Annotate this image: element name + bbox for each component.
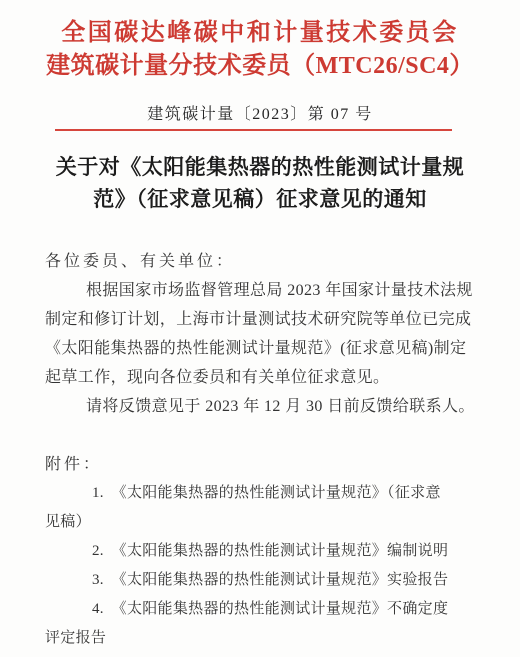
- letterhead-divider-rule: [55, 129, 452, 131]
- letterhead-org-line2: 建筑碳计量分技术委员（MTC26/SC4）: [0, 50, 520, 83]
- attachment-item-4-line2: 评定报告: [45, 624, 455, 653]
- salutation: 各位委员、有关单位：: [45, 247, 455, 276]
- letterhead: 全国碳达峰碳中和计量技术委员会 建筑碳计量分技术委员（MTC26/SC4）: [0, 17, 520, 83]
- attachment-item-1-line1: 1. 《太阳能集热器的热性能测试计量规范》（征求意: [45, 479, 455, 508]
- paragraph2: 请将反馈意见于 2023 年 12 月 30 日前反馈给联系人。: [45, 392, 455, 421]
- attachment-item-4-line1: 4. 《太阳能集热器的热性能测试计量规范》不确定度: [45, 595, 455, 624]
- paragraph1-line3: 《太阳能集热器的热性能测试计量规范》(征求意见稿)制定: [45, 334, 455, 363]
- attachment-item-3: 3. 《太阳能集热器的热性能测试计量规范》实验报告: [45, 566, 455, 595]
- letterhead-org-line1: 全国碳达峰碳中和计量技术委员会: [0, 17, 520, 50]
- paragraph1-line4: 起草工作，现向各位委员和有关单位征求意见。: [45, 363, 455, 392]
- document-number: 建筑碳计量〔2023〕第 07 号: [0, 101, 520, 124]
- notice-body: 各位委员、有关单位： 根据国家市场监督管理总局 2023 年国家计量技术法规 制…: [45, 247, 455, 653]
- spacer-line: [45, 421, 455, 450]
- paragraph1-line1: 根据国家市场监督管理总局 2023 年国家计量技术法规: [45, 276, 455, 305]
- attachment-item-1-line2: 见稿）: [45, 508, 455, 537]
- notice-title-line2: 范》（征求意见稿）征求意见的通知: [0, 183, 520, 215]
- notice-title: 关于对《太阳能集热器的热性能测试计量规 范》（征求意见稿）征求意见的通知: [0, 151, 520, 215]
- attachment-item-2: 2. 《太阳能集热器的热性能测试计量规范》编制说明: [45, 537, 455, 566]
- document-page: 全国碳达峰碳中和计量技术委员会 建筑碳计量分技术委员（MTC26/SC4） 建筑…: [0, 0, 520, 657]
- attachments-label: 附件：: [45, 450, 455, 479]
- notice-title-line1: 关于对《太阳能集热器的热性能测试计量规: [0, 151, 520, 183]
- paragraph1-line2: 制定和修订计划，上海市计量测试技术研究院等单位已完成: [45, 305, 455, 334]
